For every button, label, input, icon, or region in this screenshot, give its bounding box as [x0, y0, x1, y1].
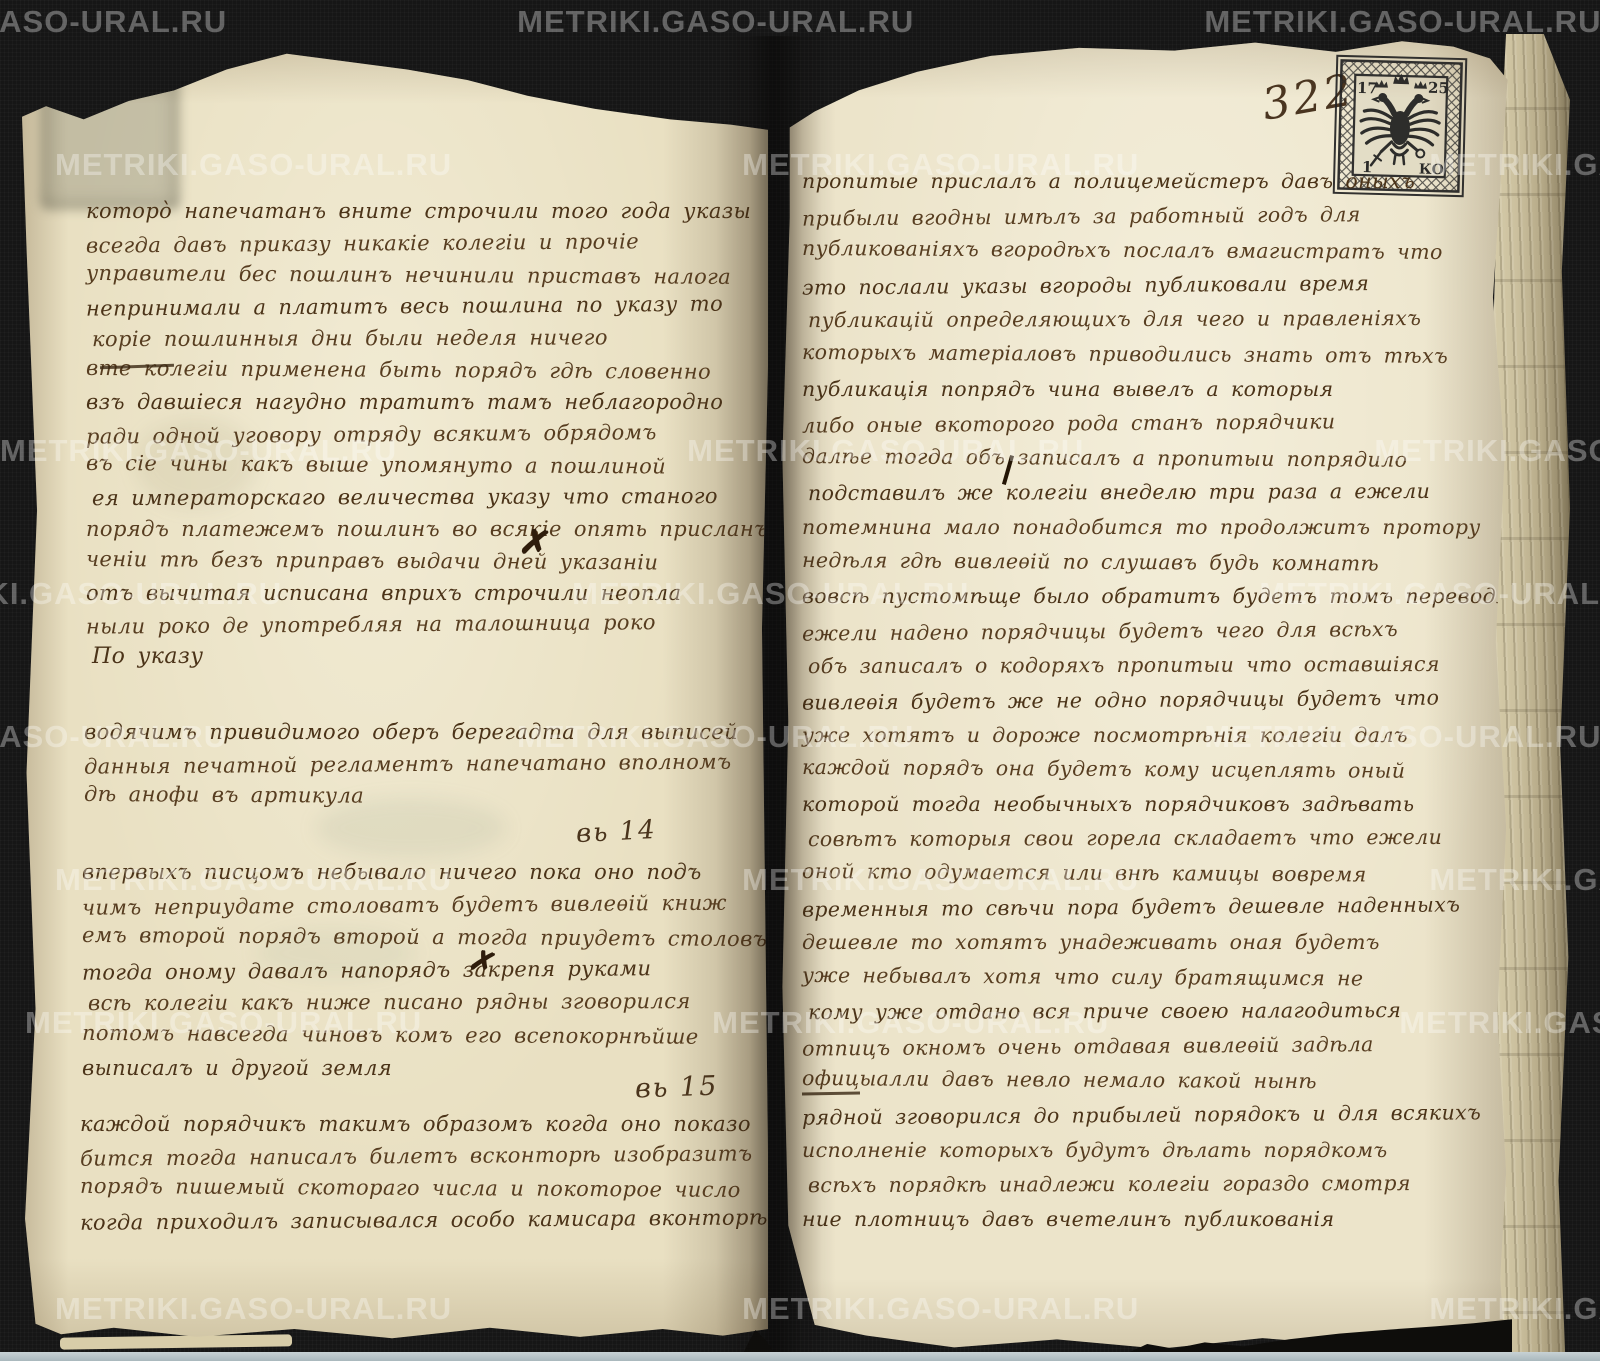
left-paragraph-2: водячимъ привидимого оберъ берегадта для… — [84, 716, 764, 812]
right-page: 322 17 25 — [778, 32, 1512, 1358]
handwritten-line: впервыхъ писцомъ небывало ничего пока он… — [82, 856, 772, 889]
handwritten-line: далѣе тогда объ записалъ а пропитыи попр… — [802, 439, 1462, 478]
handwritten-line: отпицъ окномъ очень отдавая вивлеѳій зад… — [802, 1026, 1462, 1066]
right-page-text: пропитые прислалъ а полицемейстеръ давъ … — [802, 164, 1462, 1236]
handwritten-line: ныли роко де употребляя на талошница рок… — [86, 607, 766, 644]
handwritten-line: исполненіе которыхъ будутъ дѣлать порядк… — [802, 1133, 1462, 1168]
stamp-year-left: 17 — [1357, 79, 1378, 98]
handwritten-line: которыхъ матеріаловъ приводились знать о… — [802, 335, 1462, 374]
handwritten-line: подставилъ же колегіи внеделю три раза а… — [808, 474, 1468, 511]
handwritten-line: публикація попрядъ чина вывелъ а которыя — [802, 372, 1462, 407]
handwritten-line: всѣхъ порядкѣ инадлежи колегіи гораздо с… — [808, 1166, 1468, 1203]
handwritten-line: потомъ навсегда чиновъ комъ его всепокор… — [82, 1017, 772, 1054]
handwritten-line: либо оные вкоторого рода станъ порядчики — [802, 404, 1462, 444]
handwritten-line: объ записалъ о кодоряхъ пропитыи что ост… — [808, 647, 1468, 684]
handwritten-line: тогда оному давалъ напорядъ закрепя рука… — [82, 951, 772, 989]
watermark-text: METRIKI.GASO-URAL.RU — [517, 4, 914, 40]
handwritten-line: недѣля гдѣ вивлеѳій по слушавъ будь комн… — [802, 543, 1462, 582]
handwritten-line: всегда давъ приказу никакіе колегіи и пр… — [86, 225, 766, 262]
handwritten-line: бится тогда написалъ билетъ всконторѣ из… — [80, 1137, 780, 1174]
left-page: которо̀ напечатанъ вните строчили того г… — [16, 38, 768, 1350]
handwritten-line: ея императорскаго величества указу что с… — [92, 481, 772, 515]
handwritten-line: По указу — [92, 642, 203, 672]
left-paragraph-4: каждой порядчикъ такимъ образомъ когда о… — [80, 1108, 780, 1236]
handwritten-line: управители бес пошлинъ нечинили приставъ… — [86, 258, 766, 294]
handwritten-line: потемнина мало понадобится то продолжитъ… — [802, 510, 1462, 545]
handwritten-line: ние плотницъ давъ вчетелинъ публикованія — [802, 1202, 1462, 1237]
handwritten-line: каждой порядчикъ такимъ образомъ когда о… — [80, 1108, 780, 1140]
handwritten-line: публикованіяхъ вгородѣхъ послалъ вмагист… — [802, 231, 1462, 270]
handwritten-line: порядъ платежемъ пошлинъ во всякіе опять… — [86, 514, 766, 546]
handwritten-line: емъ второй порядъ второй а тогда приудет… — [82, 919, 772, 956]
handwritten-line: данныя печатной регламентъ напечатано вп… — [84, 745, 764, 782]
handwritten-line: это послали указы вгороды публиковали вр… — [802, 265, 1462, 305]
handwritten-line: пропитые прислалъ а полицемейстеръ давъ … — [802, 164, 1462, 199]
handwritten-line: дешевле то хотятъ унадеживать оная будет… — [802, 925, 1462, 960]
handwritten-line: уже небывалъ хотя что силу братящимся не — [802, 958, 1462, 997]
stamp-year-right: 25 — [1428, 79, 1449, 98]
archival-book-scan: которо̀ напечатанъ вните строчили того г… — [0, 0, 1600, 1361]
underlying-sheet-edge — [60, 1334, 292, 1349]
handwritten-line: водячимъ привидимого оберъ берегадта для… — [84, 716, 764, 748]
left-paragraph-1: которо̀ напечатанъ вните строчили того г… — [86, 196, 766, 641]
handwritten-line: чимъ неприудате столоватъ будетъ вивлеѳі… — [82, 886, 772, 924]
article-heading-14: вь 14 — [575, 815, 657, 849]
handwritten-line: когда приходилъ записывался особо камиса… — [80, 1201, 780, 1238]
handwritten-line: ченіи тѣ безъ приправъ выдачи дней указа… — [86, 544, 766, 580]
handwritten-line: публикацій определяющихъ для чего и прав… — [808, 301, 1468, 338]
watermark-row: METRIKI.GASO-URAL.RUMETRIKI.GASO-URAL.RU… — [0, 4, 1600, 40]
handwritten-line: непринимали а платитъ весь пошлина по ук… — [86, 289, 766, 326]
handwritten-line: вовсѣ пустомѣще было обратитъ будетъ том… — [802, 579, 1462, 614]
handwritten-line: въ сіе чины какъ выше упомянуто а пошлин… — [86, 448, 766, 484]
handwritten-line: совѣтъ которыя свои горела складаетъ что… — [808, 820, 1468, 857]
handwritten-line: коріе пошлинныя дни были неделя ничего — [92, 322, 772, 356]
handwritten-line: которой тогда необычныхъ порядчиковъ зад… — [802, 787, 1462, 822]
handwritten-line: всѣ колегіи какъ ниже писано рядны згово… — [88, 985, 778, 1020]
handwritten-line: отъ вычитая исписана вприхъ строчили нео… — [86, 578, 766, 610]
handwritten-line: ежели надено порядчицы будетъ чего для в… — [802, 611, 1462, 651]
scanner-bed-strip — [0, 1352, 1600, 1361]
handwritten-line: которо̀ напечатанъ вните строчили того г… — [86, 196, 766, 228]
handwritten-line: вивлеѳія будетъ же не одно порядчицы буд… — [802, 680, 1462, 720]
handwritten-line: прибыли вгодны имѣлъ за работный годъ дл… — [802, 196, 1462, 236]
handwritten-line: кому уже отдано вся приче своею налагоди… — [808, 993, 1468, 1030]
handwritten-line: дѣ анофи въ артикула — [84, 778, 764, 814]
handwritten-line: порядъ пишемый скотораго числа и покотор… — [80, 1170, 780, 1206]
stamp-offset-ghost — [40, 78, 180, 210]
handwritten-line: каждой порядъ она будетъ кому исцеплять … — [802, 750, 1462, 789]
handwritten-line: офицыалли давъ невло немало какой нынѣ — [802, 1061, 1462, 1100]
left-line-po-ukazu: По указу — [92, 642, 203, 672]
handwritten-line: ради одной уговору отряду всякимъ обрядо… — [86, 416, 766, 453]
article-heading-15: вь 15 — [634, 1071, 718, 1105]
handwritten-line: временныя то свѣчи пора будетъ дешевле н… — [802, 888, 1462, 928]
handwritten-line: взъ давшіеся нагудно тратитъ тамъ неблаг… — [86, 387, 766, 419]
handwritten-line: оной кто одумается или внѣ камицы воврем… — [802, 854, 1462, 893]
handwritten-line: уже хотятъ и дороже посмотрѣнія колегіи … — [802, 718, 1462, 753]
watermark-text: METRIKI.GASO-URAL.RU — [0, 4, 227, 40]
handwritten-line: вте колегіи применена быть порядъ гдѣ сл… — [86, 353, 766, 389]
handwritten-line: рядной зговорился до прибылей порядокъ и… — [802, 1095, 1462, 1135]
left-paragraph-3: впервыхъ писцомъ небывало ничего пока он… — [82, 856, 772, 1084]
